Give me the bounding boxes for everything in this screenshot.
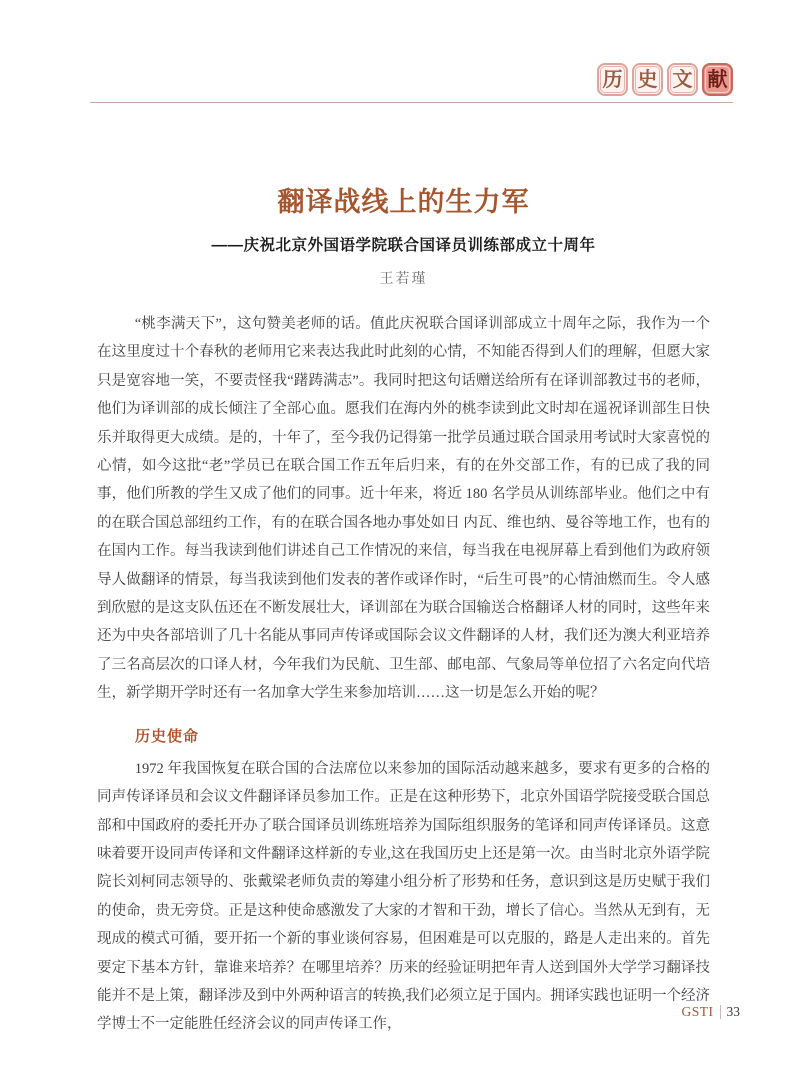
intro-paragraph: “桃李满天下”，这句赞美老师的话。值此庆祝联合国译训部成立十周年之际，我作为一个… [97, 310, 710, 708]
footer-divider [720, 1005, 721, 1019]
badge-char-box: 历 [597, 63, 628, 96]
document-page: 历 史 文 献 翻译战线上的生力军 ——庆祝北京外国语学院联合国译员训练部成立十… [0, 0, 794, 1078]
badge-char: 文 [670, 66, 695, 93]
page-header: 历 史 文 献 [90, 63, 733, 103]
journal-abbreviation: GSTI [682, 1004, 714, 1020]
page-number: 33 [727, 1004, 741, 1020]
article-author: 王若瑾 [97, 268, 710, 288]
badge-char-box-filled: 献 [702, 63, 733, 96]
article-title: 翻译战线上的生力军 [97, 186, 710, 218]
section-paragraph: 1972 年我国恢复在联合国的合法席位以来参加的国际活动越来越多，要求有更多的合… [97, 755, 710, 1039]
badge-char: 史 [635, 66, 660, 93]
article-body: “桃李满天下”，这句赞美老师的话。值此庆祝联合国译训部成立十周年之际，我作为一个… [97, 310, 710, 1039]
category-badge: 历 史 文 献 [90, 63, 733, 96]
header-divider-rule [90, 102, 733, 103]
section-heading: 历史使命 [135, 725, 710, 746]
article-subtitle: ——庆祝北京外国语学院联合国译员训练部成立十周年 [97, 233, 710, 255]
badge-char-box: 史 [632, 63, 663, 96]
badge-char: 历 [600, 66, 625, 93]
badge-char: 献 [705, 66, 730, 93]
badge-char-box: 文 [667, 63, 698, 96]
title-block: 翻译战线上的生力军 ——庆祝北京外国语学院联合国译员训练部成立十周年 王若瑾 [97, 186, 710, 288]
page-footer: GSTI 33 [682, 1004, 741, 1020]
